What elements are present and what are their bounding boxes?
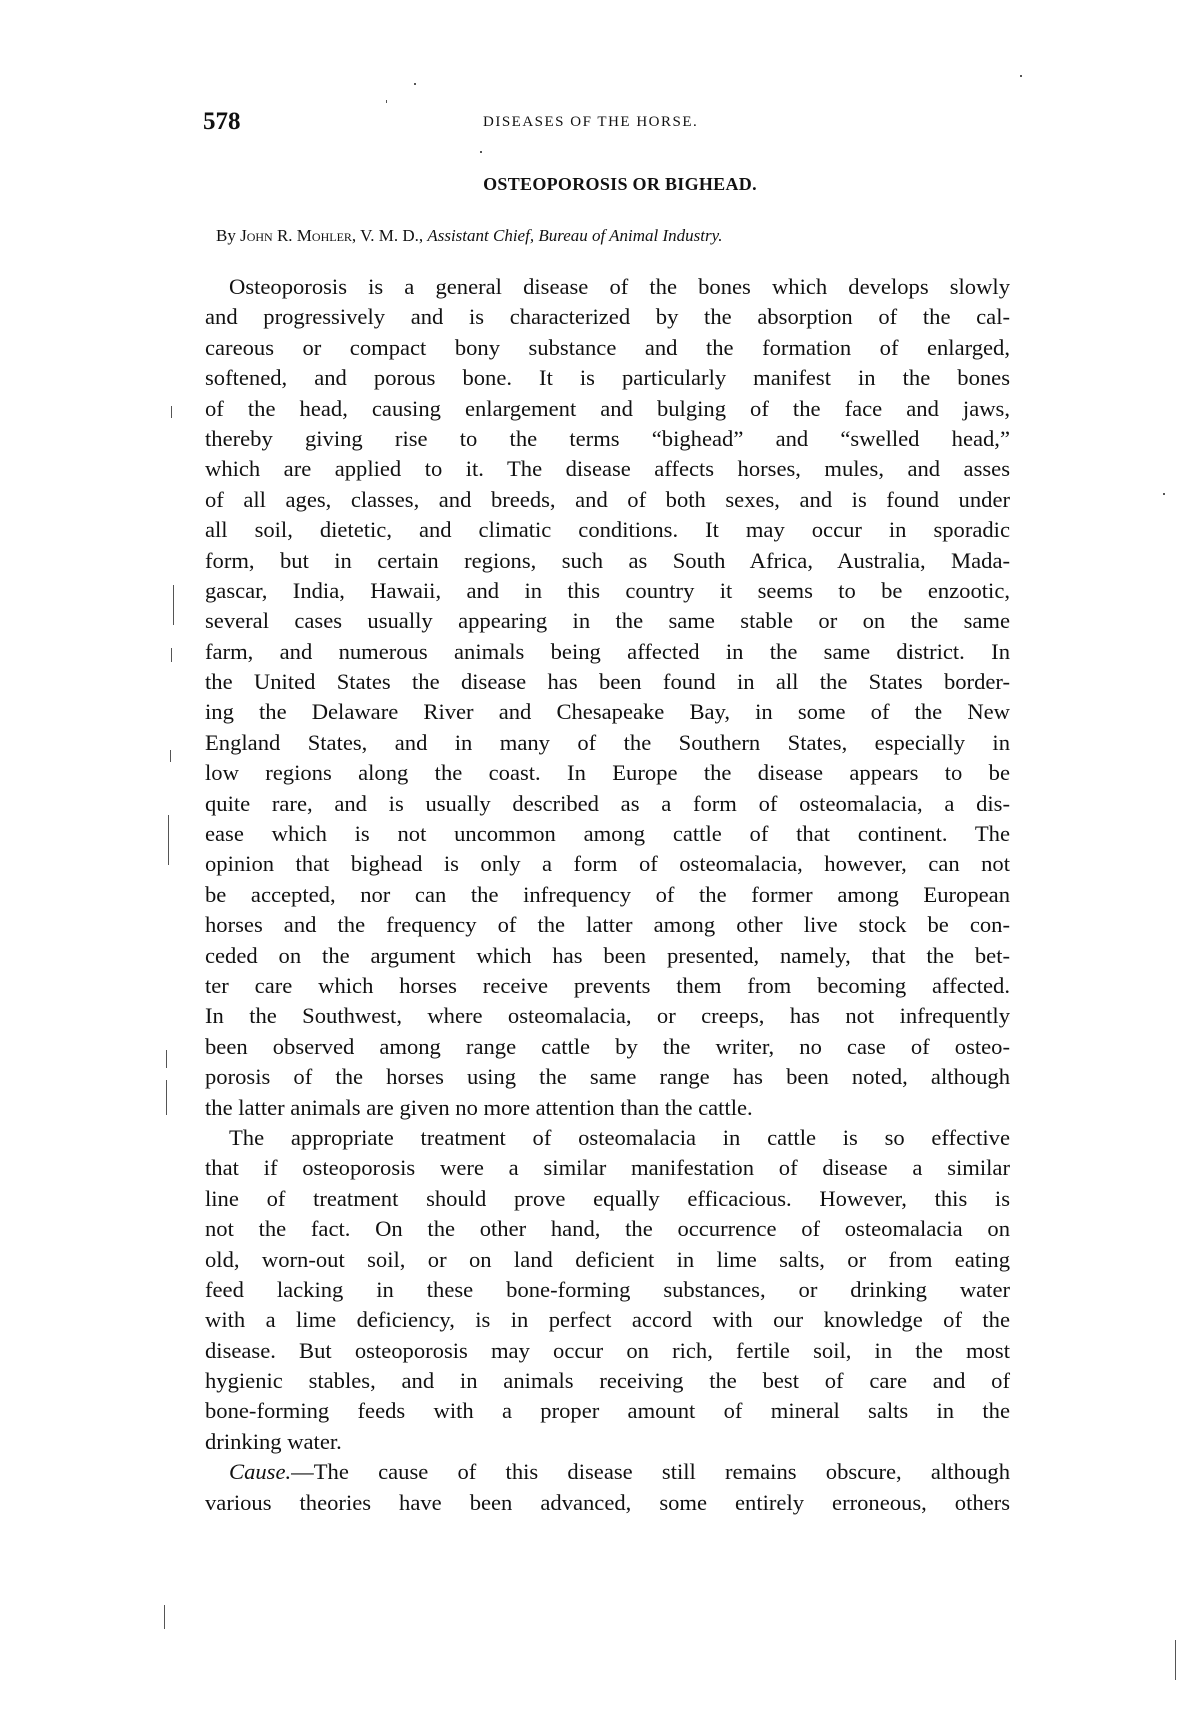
text-line: that if osteoporosis were a similar mani… [205,1153,1010,1183]
text-line: form, but in certain regions, such as So… [205,546,1010,576]
text-line: various theories have been advanced, som… [205,1488,1010,1518]
text-line: with a lime deficiency, is in perfect ac… [205,1305,1010,1335]
paragraph-2: The appropriate treatment of osteomalaci… [205,1123,1010,1457]
margin-mark [171,648,172,662]
text-line: gascar, India, Hawaii, and in this count… [205,576,1010,606]
text-line: quite rare, and is usually described as … [205,789,1010,819]
text-line: several cases usually appearing in the s… [205,606,1010,636]
section-lead-in: Cause. [229,1459,291,1484]
text-line: The appropriate treatment of osteomalaci… [205,1123,1010,1153]
byline-credentials: , V. M. D., [352,226,427,245]
text-line: softened, and porous bone. It is particu… [205,363,1010,393]
document-page: 578 DISEASES OF THE HORSE. OSTEOPOROSIS … [0,0,1200,1712]
text-line: not the fact. On the other hand, the occ… [205,1214,1010,1244]
text-line: Cause.—The cause of this disease still r… [205,1457,1010,1487]
text-line: porosis of the horses using the same ran… [205,1062,1010,1092]
body-text: Osteoporosis is a general disease of the… [205,272,1010,1518]
text-line: ceded on the argument which has been pre… [205,941,1010,971]
text-line: which are applied to it. The disease aff… [205,454,1010,484]
text-line: and progressively and is characterized b… [205,302,1010,332]
margin-mark [166,1080,167,1115]
text-line: old, worn-out soil, or on land deficient… [205,1245,1010,1275]
text-line: low regions along the coast. In Europe t… [205,758,1010,788]
text-line: line of treatment should prove equally e… [205,1184,1010,1214]
article-title: OSTEOPOROSIS OR BIGHEAD. [0,174,1200,195]
scan-speck [1163,493,1165,495]
text-line: hygienic stables, and in animals receivi… [205,1366,1010,1396]
text-line: the United States the disease has been f… [205,667,1010,697]
text-line: horses and the frequency of the latter a… [205,910,1010,940]
text-line: ease which is not uncommon among cattle … [205,819,1010,849]
text-line: all soil, dietetic, and climatic conditi… [205,515,1010,545]
text-line: bone-forming feeds with a proper amount … [205,1396,1010,1426]
byline: By John R. Mohler, V. M. D., Assistant C… [216,226,723,246]
margin-mark [173,585,174,625]
running-title: DISEASES OF THE HORSE. [483,114,698,131]
scan-speck [414,83,416,85]
text-line: disease. But osteoporosis may occur on r… [205,1336,1010,1366]
text-line: ing the Delaware River and Chesapeake Ba… [205,697,1010,727]
byline-prefix: By [216,226,240,245]
text-line: opinion that bighead is only a form of o… [205,849,1010,879]
margin-mark [170,750,171,762]
text-line-rest: —The cause of this disease still remains… [291,1459,1010,1484]
scan-speck [480,151,482,153]
scan-speck [1020,75,1022,77]
page-number: 578 [203,108,241,136]
margin-mark [168,815,169,865]
margin-mark [171,406,172,418]
text-line: ter care which horses receive prevents t… [205,971,1010,1001]
paragraph-1: Osteoporosis is a general disease of the… [205,272,1010,1123]
text-line: be accepted, nor can the infrequency of … [205,880,1010,910]
margin-mark [164,1605,165,1629]
byline-author: John R. Mohler [240,226,352,245]
text-line: thereby giving rise to the terms “bighea… [205,424,1010,454]
text-line: of all ages, classes, and breeds, and of… [205,485,1010,515]
text-line: of the head, causing enlargement and bul… [205,394,1010,424]
text-line: England States, and in many of the South… [205,728,1010,758]
text-line: careous or compact bony substance and th… [205,333,1010,363]
text-line: Osteoporosis is a general disease of the… [205,272,1010,302]
text-line: farm, and numerous animals being affecte… [205,637,1010,667]
text-line: the latter animals are given no more att… [205,1093,1010,1123]
text-line: been observed among range cattle by the … [205,1032,1010,1062]
byline-position: Assistant Chief, Bureau of Animal Indust… [427,226,722,245]
margin-mark [1175,1640,1176,1680]
scan-speck [386,100,387,103]
margin-mark [166,1050,167,1068]
text-line: drinking water. [205,1427,1010,1457]
paragraph-3: Cause.—The cause of this disease still r… [205,1457,1010,1518]
running-head: 578 DISEASES OF THE HORSE. [203,108,1023,138]
text-line: In the Southwest, where osteomalacia, or… [205,1001,1010,1031]
text-line: feed lacking in these bone-forming subst… [205,1275,1010,1305]
